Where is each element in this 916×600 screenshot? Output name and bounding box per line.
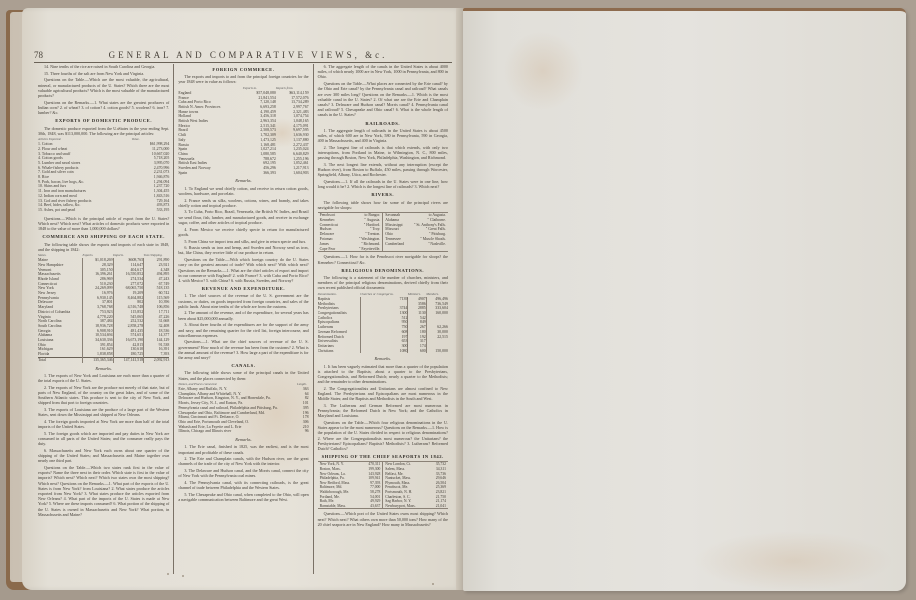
paragraph: 2. The longest line of railroads is that… [318,145,448,161]
questions: Questions on the Table.—Which two states… [38,465,169,517]
shipping-table: New York, N. Y.470,311 Boston, Mass.199,… [318,461,448,509]
rivers-table: Penobscotto Bangor. Kennebec" Augusta. C… [318,212,448,252]
paragraph: 4. The foreign goods imported at New Yor… [38,419,169,429]
water-stain [693,531,893,591]
foxing-spot [167,573,169,575]
paragraph: 3. About three fourths of the expenditur… [178,322,308,338]
paragraph: 3. The next longest line extends, withou… [318,162,448,178]
table-row: Illinois, Chicago and Illinois river96 [178,429,308,434]
paragraph: 3. The Delaware and Hudson canal, and th… [178,468,308,478]
section-title-commerce: COMMERCE AND SHIPPING OF EACH STATE. [38,234,169,239]
section-title-shipping: SHIPPING OF THE CHIEF SEAPORTS IN 1842. [318,454,448,459]
paragraph: 1. The exports of New York and Louisiana… [38,373,169,383]
remarks-heading: Remarks. [178,437,308,442]
text-columns: 14. Nine tenths of the rice are raised i… [34,64,452,574]
table-row: 15. Ashes, pot and pearl533,195 [38,208,169,213]
left-page: 78 GENERAL AND COMPARATIVE VIEWS, &c. 14… [22,8,462,590]
paragraph: 5. The Chesapeake and Ohio canal, when c… [178,492,308,502]
running-head: 78 GENERAL AND COMPARATIVE VIEWS, &c. [34,50,452,63]
section-title-exports: EXPORTS OF DOMESTIC PRODUCE. [38,118,169,123]
rivers-right: Savannahto Augusta. Alabama" Claiborne. … [382,213,448,251]
paragraph: 14. Nine tenths of the rice are raised i… [38,64,169,69]
paragraph: 2. France sends us silks, woolens, cotto… [178,198,308,208]
remarks-heading: Remarks. [38,366,169,371]
foxing-spot [432,583,434,585]
remarks-heading: Remarks. [318,356,448,361]
table-row: Newburyport, Mass.21,041 [385,504,446,509]
questions: Questions.—Which port of the United Stat… [318,511,448,527]
paragraph: 6. The aggregate length of the canals in… [318,64,448,80]
paragraph: The following table shows how far some o… [318,200,448,210]
foxing-spot [117,128,119,130]
shipping-left: New York, N. Y.470,311 Boston, Mass.199,… [318,462,383,508]
paragraph: 1. The aggregate length of railroads in … [318,128,448,144]
religion-table: Denomination. Churches or Congrega'ns. M… [318,292,448,353]
table-row: Barnstable, Mass.43,637 [320,504,381,509]
right-page-blank [463,8,906,591]
questions: Questions on the Remarks.—1. What states… [38,100,169,116]
questions: Questions on the Table.—Which are the mo… [38,77,169,98]
column-3: 6. The aggregate length of the canals in… [313,64,452,574]
paragraph: 1. To England we send chiefly cotton, an… [178,186,308,196]
paragraph: The following table shows the exports an… [38,242,169,252]
questions: Questions.—1. What are the chief sources… [178,339,308,360]
paragraph: 6. Russia sends us iron and hemp, and Sw… [178,245,308,255]
paragraph: 1. The Erie canal, finished in 1825, was… [178,444,308,454]
paragraph: 3. The exports of Louisiana are the prod… [38,407,169,417]
remarks-heading: Remarks. [178,178,308,183]
canals-table: Names, and Places connected.Length. Erie… [178,382,308,434]
table-total-row: Total135,365,346147,141,5182,092,913 [38,357,169,362]
section-title-revenue: REVENUE AND EXPENDITURE. [178,286,308,291]
shipping-right: New London, Ct.35,732 Salem, Mass.34,311… [382,462,448,508]
paragraph: 5. The foreign goods which are imported … [38,431,169,447]
questions: Questions.—Which is the principal articl… [38,216,169,232]
paragraph: 3. To Cuba, Porto Rico, Brazil, Venezuel… [178,209,308,225]
page-number: 78 [34,50,74,60]
paragraph: The domestic produce exported from the U… [38,126,169,136]
questions: Questions.—1. How far is the Penobscot r… [318,254,448,264]
section-title-religion: RELIGIOUS DENOMINATIONS. [318,268,448,273]
rivers-left: Penobscotto Bangor. Kennebec" Augusta. C… [318,213,383,251]
paragraph: 2. The Erie and Champlain canals, with t… [178,456,308,466]
exports-table: Articles Exported.Value. 1. Cotton$61,99… [38,137,169,212]
paragraph: The following table shows some of the pr… [178,370,308,380]
section-title-foreign-commerce: FOREIGN COMMERCE. [178,67,308,72]
paragraph: 4. The Pennsylvania canal, with its conn… [178,480,308,490]
paragraph: 2. The Congregationalists and Unitarians… [318,386,448,402]
paragraph: 6. Massachusetts and New York each owns … [38,448,169,464]
paragraph: 1. It has been vaguely estimated that mo… [318,364,448,385]
paragraph: 3. The Lutherans and German Reformed are… [318,403,448,419]
paragraph: 1. The chief sources of the revenue of t… [178,293,308,309]
section-title-railroads: RAILROADS. [318,121,448,126]
questions: Questions.—1. If all the railroads in th… [318,179,448,189]
table-row: Spain366,3931,604,903 [178,171,308,176]
paragraph: 5. From China we import teas and silks, … [178,239,308,244]
water-stain [503,31,583,111]
column-1: 14. Nine tenths of the rice are raised i… [34,64,173,574]
paragraph: 15. Three fourths of the salt are from N… [38,71,169,76]
foxing-spot [182,575,184,577]
section-title-rivers: RIVERS. [318,192,448,197]
questions: Questions on the Table.—Which four relig… [318,420,448,451]
foreign-commerce-table: Exports to.Imports from. England$57,048,… [178,86,308,175]
table-row: Cumberland" Nashville. [385,242,446,247]
section-title-canals: CANALS. [178,363,308,368]
questions: Questions on the Table.—With which forei… [178,257,308,283]
column-2: FOREIGN COMMERCE. The exports and import… [173,64,312,574]
table-row: Christians1080600150,000 [318,349,448,354]
questions: Questions on the Table.—What places are … [318,81,448,117]
paragraph: 2. The exports of New York are the produ… [38,385,169,406]
table-row: Cape Fear" Fayetteville. [320,247,381,252]
commerce-table: States. Exports. Imports. Tons Shipping.… [38,253,169,362]
paragraph: 2. The amount of the revenue, and of the… [178,310,308,320]
paragraph: The following is a statement of the numb… [318,275,448,291]
paragraph: 4. From Mexico we receive chiefly specie… [178,227,308,237]
running-head-title: GENERAL AND COMPARATIVE VIEWS, &c. [74,50,452,60]
paragraph: The exports and imports to and from the … [178,74,308,84]
